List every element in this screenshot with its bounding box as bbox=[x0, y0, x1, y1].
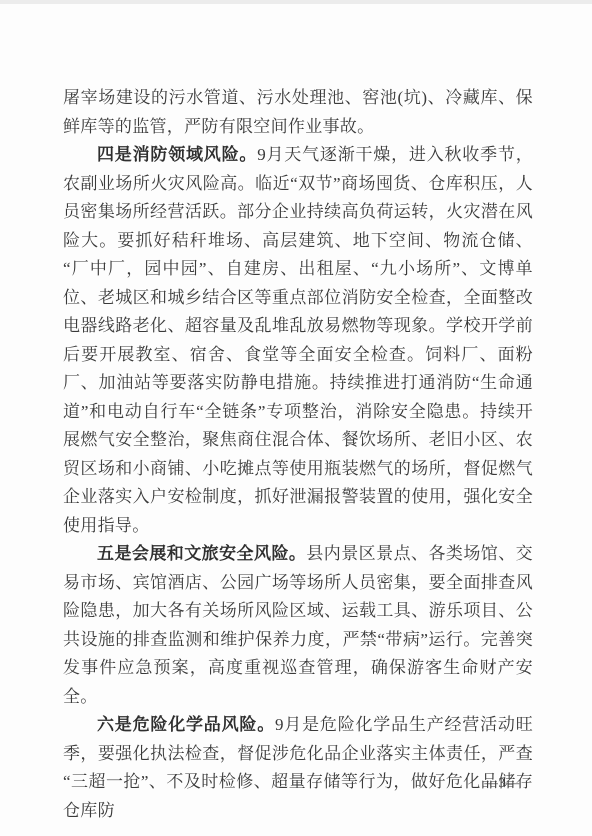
paragraph-exhibition-tourism-risk: 五是会展和文旅安全风险。县内景区景点、各类场馆、交易市场、宾馆酒店、公园广场等场… bbox=[63, 540, 533, 711]
scan-top-edge bbox=[0, 0, 592, 4]
paragraph-text: 屠宰场建设的污水管道、污水处理池、窖池(坑)、冷藏库、保鲜库等的监管，严防有限空… bbox=[63, 88, 533, 136]
page-number: —3— bbox=[462, 775, 542, 791]
document-page: 屠宰场建设的污水管道、污水处理池、窖池(坑)、冷藏库、保鲜库等的监管，严防有限空… bbox=[0, 0, 592, 836]
document-body: 屠宰场建设的污水管道、污水处理池、窖池(坑)、冷藏库、保鲜库等的监管，严防有限空… bbox=[63, 84, 533, 825]
paragraph-lead: 五是会展和文旅安全风险。 bbox=[97, 544, 306, 563]
paragraph-text: 9月天气逐渐干燥，进入秋收季节，农副业场所火灾风险高。临近“双节”商场囤货、仓库… bbox=[63, 145, 533, 535]
paragraph-text: 县内景区景点、各类场馆、交易市场、宾馆酒店、公园广场等场所人员密集，要全面排查风… bbox=[63, 544, 533, 706]
paragraph-fire-safety-risk: 四是消防领域风险。9月天气逐渐干燥，进入秋收季节，农副业场所火灾风险高。临近“双… bbox=[63, 141, 533, 540]
paragraph-hazardous-chemicals-risk: 六是危险化学品风险。9月是危险化学品生产经营活动旺季，要强化执法检查，督促涉危化… bbox=[63, 711, 533, 825]
paragraph-lead: 六是危险化学品风险。 bbox=[97, 715, 275, 734]
paragraph-lead: 四是消防领域风险。 bbox=[97, 145, 257, 164]
paragraph-continuation: 屠宰场建设的污水管道、污水处理池、窖池(坑)、冷藏库、保鲜库等的监管，严防有限空… bbox=[63, 84, 533, 141]
